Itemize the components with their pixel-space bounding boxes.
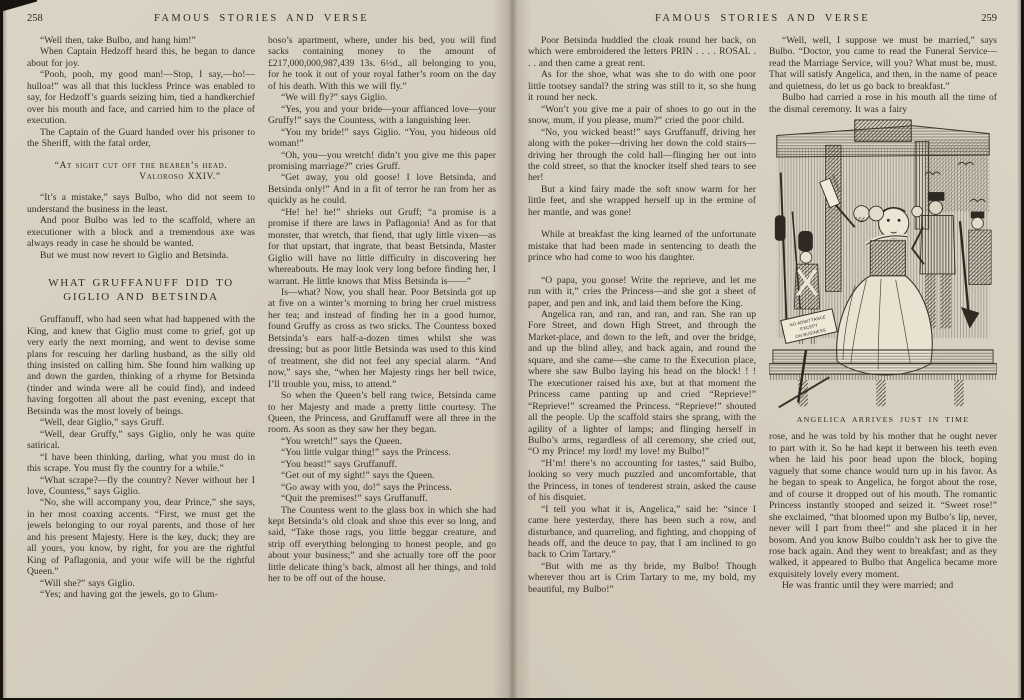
platform-leg	[876, 380, 886, 406]
paragraph: “Well, dear Giglio,” says Gruff.	[27, 417, 255, 428]
text-columns: “Well then, take Bulbo, and hang him!”Wh…	[27, 35, 496, 683]
paragraph: “H’m! there’s no accounting for tastes,”…	[528, 458, 756, 504]
paragraph: “Quit the premises!” says Gruffanuff.	[268, 493, 496, 504]
section-heading: WHAT GRUFFANUFF DID TO GIGLIO AND BETSIN…	[27, 276, 255, 304]
page-right: FAMOUS STORIES AND VERSE 259 Poor Betsin…	[512, 0, 1021, 698]
paragraph: “O papa, you goose! Write the reprieve, …	[528, 275, 756, 309]
paragraph: “I tell you what it is, Angelica,” said …	[528, 504, 756, 561]
paragraph: “You wretch!” says the Queen.	[268, 436, 496, 447]
paragraph: Bulbo had carried a rose in his mouth al…	[769, 92, 997, 115]
paragraph: He was frantic until they were married; …	[769, 580, 997, 591]
angelica-head	[869, 206, 884, 221]
text-below-figure: rose, and he was told by his mother that…	[769, 431, 997, 591]
page-number-left: 258	[27, 13, 73, 24]
executioner-body	[920, 216, 955, 274]
man-body	[969, 230, 991, 285]
text-column-left: Poor Betsinda huddled the cloak round he…	[528, 35, 756, 683]
text-column-right: boso’s apartment, where, under his bed, …	[268, 35, 496, 683]
paragraph: “You my bride!” says Giglio. “You, you h…	[268, 127, 496, 150]
paragraph: “Oh, you—you wretch! didn’t you give me …	[268, 150, 496, 173]
paragraph: “You beast!” says Gruffanuff.	[268, 459, 496, 470]
paragraph: “We will fly?” says Giglio.	[268, 92, 496, 103]
paragraph: Poor Betsinda huddled the cloak round he…	[528, 35, 756, 69]
page-left: 258 FAMOUS STORIES AND VERSE “Well then,…	[3, 0, 512, 698]
paragraph: Gruffanuff, who had seen what had happen…	[27, 314, 255, 417]
gallows-block	[855, 120, 912, 141]
paragraph: “He! he! he!” shrieks out Gruff; “a prom…	[268, 207, 496, 287]
paragraph: “Get away, you old goose! I love Betsind…	[268, 172, 496, 206]
paragraph: “Yes; and having got the jewels, go to G…	[27, 589, 255, 600]
bearskin-hat	[798, 231, 813, 251]
executioner-leg	[940, 274, 951, 329]
paragraph: boso’s apartment, where, under his bed, …	[268, 35, 496, 92]
paragraph: The Captain of the Guard handed over his…	[27, 127, 255, 150]
executioner-face	[929, 201, 943, 215]
book-spread: 258 FAMOUS STORIES AND VERSE “Well then,…	[0, 0, 1024, 700]
paragraph: “Pooh, pooh, my good man!—Stop, I say,—h…	[27, 69, 255, 126]
paragraph: So when the Queen’s bell rang twice, Bet…	[268, 390, 496, 436]
paragraph: “No, she will accompany you, dear Prince…	[27, 497, 255, 577]
executioner-cap	[928, 192, 945, 201]
running-title: FAMOUS STORIES AND VERSE	[574, 13, 951, 24]
paragraph: “Yes, you and your bride—your affianced …	[268, 104, 496, 127]
paragraph: Valoroso XXIV.”	[27, 171, 255, 182]
scaffold-post	[826, 145, 842, 291]
page-number-right: 259	[951, 13, 997, 24]
angelica-bodice	[870, 241, 905, 278]
mustached-man-head	[972, 218, 984, 230]
paragraph: When Captain Hedzoff heard this, he bega…	[27, 46, 255, 69]
text-column-left: “Well then, take Bulbo, and hang him!”Wh…	[27, 35, 255, 683]
paragraph: “Well, dear Gruffy,” says Giglio, only h…	[27, 429, 255, 452]
paragraph: rose, and he was told by his mother that…	[769, 431, 997, 580]
paragraph: But we must now revert to Giglio and Bet…	[27, 250, 255, 261]
paragraph: “No, you wicked beast!” says Gruffanuff,…	[528, 127, 756, 184]
paragraph: But a kind fairy made the soft snow warm…	[528, 184, 756, 218]
paragraph: “Won’t you give me a pair of shoes to go…	[528, 104, 756, 127]
paragraph: And poor Bulbo was led to the scaffold, …	[27, 215, 255, 249]
paragraph: “At sight cut off the bearer’s head.	[27, 160, 255, 171]
paragraph: While at breakfast the king learned of t…	[528, 229, 756, 263]
paragraph: “Get out of my sight!” says the Queen.	[268, 470, 496, 481]
running-title: FAMOUS STORIES AND VERSE	[73, 13, 450, 24]
soldier-face	[800, 252, 812, 264]
bearskin-hat	[775, 216, 786, 241]
paragraph: “Will she?” says Giglio.	[27, 578, 255, 589]
page-header: FAMOUS STORIES AND VERSE 259	[528, 13, 997, 24]
paragraph: “But with me as thy bride, my Bulbo! Tho…	[528, 561, 756, 595]
platform-leg	[954, 380, 964, 406]
text-above-figure: “Well, well, I suppose we must be marrie…	[769, 35, 997, 115]
illustration-angelica-scaffold: REPRIEVE	[769, 118, 997, 424]
onlooker-head	[912, 206, 923, 217]
paragraph: The Countess went to the glass box in wh…	[268, 505, 496, 585]
paragraph: “What scrape?—fly the country? Never wit…	[27, 475, 255, 498]
paragraph: “Go away with you, do!” says the Princes…	[268, 482, 496, 493]
engraving-scene: REPRIEVE	[769, 118, 997, 410]
paragraph: “You little vulgar thing!” says the Prin…	[268, 447, 496, 458]
eye	[887, 219, 890, 222]
eye	[898, 219, 901, 222]
paragraph: “Well, well, I suppose we must be marrie…	[769, 35, 997, 92]
paragraph: As for the shoe, what was she to do with…	[528, 69, 756, 103]
illustration-caption: ANGELICA ARRIVES JUST IN TIME	[769, 415, 997, 424]
open-book: 258 FAMOUS STORIES AND VERSE “Well then,…	[3, 0, 1021, 698]
paragraph: Is—what? Now, you shall hear. Poor Betsi…	[268, 287, 496, 390]
paragraph: “It’s a mistake,” says Bulbo, who did no…	[27, 192, 255, 215]
text-column-right: “Well, well, I suppose we must be marrie…	[769, 35, 997, 683]
page-header: 258 FAMOUS STORIES AND VERSE	[27, 13, 496, 24]
paragraph: “I have been thinking, darling, what you…	[27, 452, 255, 475]
text-columns: Poor Betsinda huddled the cloak round he…	[528, 35, 997, 683]
paragraph: Angelica ran, and ran, and ran, and ran.…	[528, 309, 756, 458]
paragraph: “Well then, take Bulbo, and hang him!”	[27, 35, 255, 46]
